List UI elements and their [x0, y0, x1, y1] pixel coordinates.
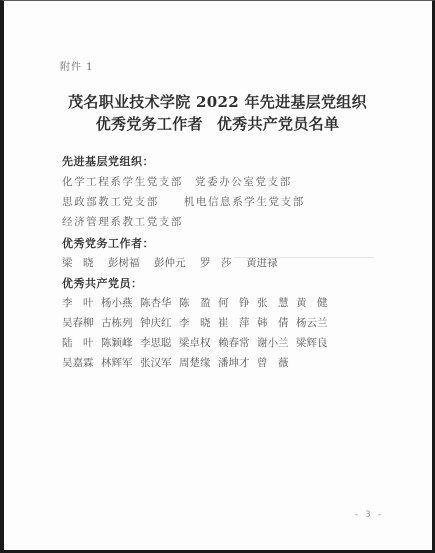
name-item: 韩 倩: [257, 315, 296, 330]
name-item: 陆 叶: [62, 335, 101, 350]
name-item: 彭仲元: [154, 255, 200, 270]
title-part-members: 优秀共产党员名单: [217, 115, 339, 133]
name-item: 陈杏华: [140, 295, 179, 310]
name-item: 曾 薇: [257, 355, 296, 370]
name-item: 钟庆红: [140, 315, 179, 330]
name-item: 李 晓: [179, 315, 218, 330]
document-title-line-2: 优秀党务工作者优秀共产党员名单: [4, 113, 431, 134]
name-item: 陈 盈: [179, 295, 218, 310]
organization-row: 经济管理系教工党支部: [62, 214, 183, 229]
section-heading-party-members: 优秀共产党员：: [62, 275, 143, 291]
party-members-row: 陆 叶 陈颖峰 李思聪 梁卓权 赖春常 谢小兰 梁辉良: [62, 335, 335, 350]
name-item: 赖春常: [218, 335, 257, 350]
name-item: 黄 健: [296, 295, 335, 310]
name-item: 吴春柳: [62, 315, 101, 330]
name-item: 李思聪: [140, 335, 179, 350]
organization-item: 机电信息系学生党支部: [184, 194, 305, 209]
name-item: 梁 晓: [62, 255, 108, 270]
name-item: 古栋列: [101, 315, 140, 330]
party-members-row: 吴嘉霖 林辉军 张汉军 周楚缘 潘坤才 曾 薇: [62, 355, 296, 370]
section-heading-organizations: 先进基层党组织：: [62, 153, 154, 169]
name-item: 梁卓权: [179, 335, 218, 350]
name-item: 谢小兰: [257, 335, 296, 350]
name-item: 吴嘉霖: [62, 355, 101, 370]
party-members-row: 吴春柳 古栋列 钟庆红 李 晓 崔 萍 韩 倩 杨云兰: [62, 315, 335, 330]
name-item: 张 慧: [257, 295, 296, 310]
organization-row: 思政部教工党支部机电信息系学生党支部: [62, 194, 305, 209]
attachment-label: 附件 1: [60, 58, 94, 73]
name-item: 周楚缘: [179, 355, 218, 370]
organization-row: 化学工程系学生党支部党委办公室党支部: [62, 174, 292, 189]
organization-item: 经济管理系教工党支部: [62, 214, 183, 229]
party-members-row: 李 叶 杨小燕 陈杏华 陈 盈 何 铮 张 慧 黄 健: [62, 295, 335, 310]
name-item: 李 叶: [62, 295, 101, 310]
organization-item: 党委办公室党支部: [195, 174, 292, 189]
section-heading-party-workers: 优秀党务工作者：: [62, 235, 154, 251]
name-item: 林辉军: [101, 355, 140, 370]
document-title-line-1: 茂名职业技术学院 2022 年先进基层党组织: [4, 91, 431, 112]
page-number: - 3 -: [355, 510, 383, 520]
name-item: 崔 萍: [218, 315, 257, 330]
name-item: 彭树福: [108, 255, 154, 270]
title-part-workers: 优秀党务工作者: [96, 115, 203, 133]
name-item: 潘坤才: [218, 355, 257, 370]
name-item: 何 铮: [218, 295, 257, 310]
organization-item: 思政部教工党支部: [62, 194, 159, 209]
name-item: 杨小燕: [101, 295, 140, 310]
organization-item: 化学工程系学生党支部: [62, 174, 183, 189]
name-item: 梁辉良: [296, 335, 335, 350]
name-item: 陈颖峰: [101, 335, 140, 350]
document-page: 附件 1 茂名职业技术学院 2022 年先进基层党组织 优秀党务工作者优秀共产党…: [0, 0, 435, 553]
name-item: 张汉军: [140, 355, 179, 370]
scan-artifact-line: [234, 257, 374, 258]
name-item: 杨云兰: [296, 315, 335, 330]
